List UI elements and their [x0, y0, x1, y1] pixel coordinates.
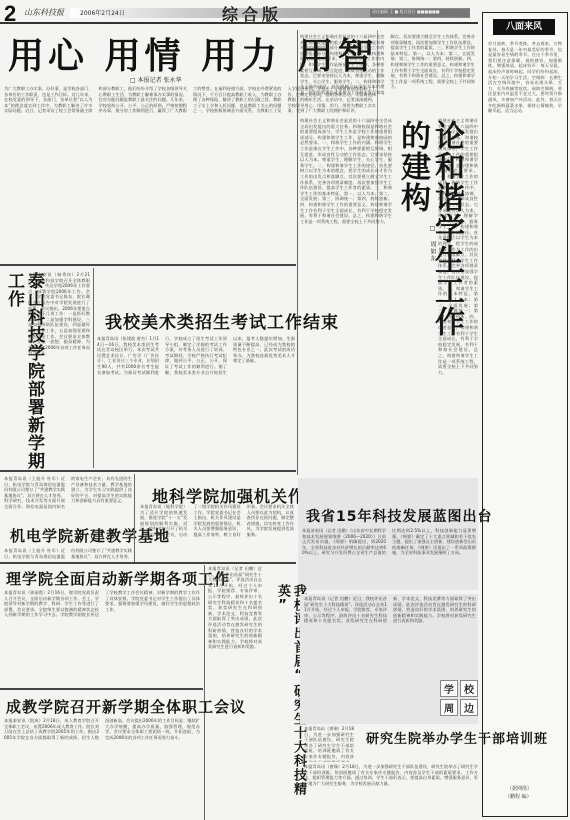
sidebar-author: （鹏程 编） — [505, 793, 532, 800]
middle-section-rule — [0, 470, 296, 472]
feature-tag: 学 校 周 边 — [440, 680, 478, 716]
feature-tag-char: 学 — [440, 680, 458, 697]
harmony-body-top: 构建社会主义和谐社会是党的十六届四中全会从全局出发提出的重大任务。和谐校园是和谐… — [300, 34, 475, 114]
electromech-divider — [134, 474, 135, 562]
art-exam-headline: 我校美术类招生考试工作结束 — [105, 308, 339, 333]
lead-byline: □ 本报记者 张永华 — [130, 75, 181, 84]
geo-body: 本报青岛讯（地科学院）为了适应学院的快速发展，推进学院“十一五”发展规划的顺利实… — [140, 504, 294, 560]
adult-ed-body: 本报泰安讯（院成）2月18日，成人教育学院召开全体职工会议，布置2006年成人教… — [4, 718, 200, 818]
science-school-divider — [204, 565, 205, 820]
science-school-body: 本报青岛讯（崔丽霞）2月16日，理学院党政负责人召开会议，全面启动新学期各项工作… — [4, 590, 200, 686]
science-plan-body: 本报济南讯（记者 田鹏）《山东省中长期科学和技术发展规划纲要（2006—2020… — [302, 528, 476, 588]
taishan-divider — [93, 268, 94, 468]
electromech-body-top: 本报青岛讯（王旭升 杜军）近日，机电学院与青岛海信电器股份有限公司签订了“共建教… — [4, 476, 132, 518]
issue-date: 2006年2月24日 — [80, 8, 125, 17]
graduate-award-body-left: 本报青岛讯（记者 田鹏）近日，我校评出首届“研究生十大科技精英”。评选活动自去年… — [208, 566, 262, 818]
harmony-byline: □ 周如东 — [428, 225, 437, 265]
graduate-training-body-intro: 本报青岛讯（唐瑞）2月18日，为进一步加强研究生干部队伍建设，研究生院举办了研究… — [304, 726, 354, 762]
sidebar-column: 八面来风 岁月流转，季节变换，冬去春来，万物复苏。春天是一年中最美好的季节，也是… — [482, 12, 568, 817]
paper-name: 山东科技报 — [24, 7, 64, 18]
art-exam-body: 本报青岛讯（张建波 唐杰）1月14日—16日，我校美术类招生考试在青岛校区举行。… — [97, 336, 295, 466]
electromech-body: 本报青岛讯（王旭升 杜军）近日，机电学院与青岛海信电器股份有限公司签订了“共建教… — [4, 548, 132, 560]
feature-tag-char: 周 — [440, 699, 458, 716]
feature-tag-char: 校 — [460, 680, 478, 697]
sidebar-title: 八面来风 — [493, 19, 555, 35]
lower-section-rule — [0, 562, 296, 564]
editor-info: 责任编辑 王 ■ 版式设计 ■■■■■■ — [372, 9, 440, 15]
bottom-section-rule — [0, 688, 203, 690]
taishan-body: 本报泰安讯（杨秀岗）2月21日，泰山科技学院召开全体教职工大会，传达学校2006… — [28, 272, 90, 462]
upper-section-rule — [0, 264, 296, 266]
feature-tag-char: 边 — [460, 699, 478, 716]
graduate-training-body: 本报青岛讯（唐瑞）2月18日，为进一步加强研究生干部队伍建设，研究生院举办了研究… — [304, 764, 478, 818]
science-plan-headline: 我省15年科技发展蓝图出台 — [306, 506, 492, 526]
harmony-body-left: 构建社会主义和谐社会是党的十六届四中全会从全局出发提出的重大任务。和谐校园是和谐… — [300, 118, 392, 473]
masthead-rule — [0, 22, 478, 24]
sidebar-signature: （据网络） — [507, 785, 532, 792]
sidebar-body: 岁月流转，季节变换，冬去春来，万物复苏。春天是一年中最美好的季节，也是最容易生病… — [488, 41, 562, 781]
science-school-headline: 理学院全面启动新学期各项工作 — [6, 568, 230, 589]
harmony-left-rule — [297, 30, 298, 475]
graduate-training-headline: 研究生院举办学生干部培训班 — [366, 728, 548, 747]
harmony-body-right: 构建社会主义和谐社会是党的十六届四中全会从全局出发提出的重大任务。和谐校园是和谐… — [438, 118, 478, 473]
